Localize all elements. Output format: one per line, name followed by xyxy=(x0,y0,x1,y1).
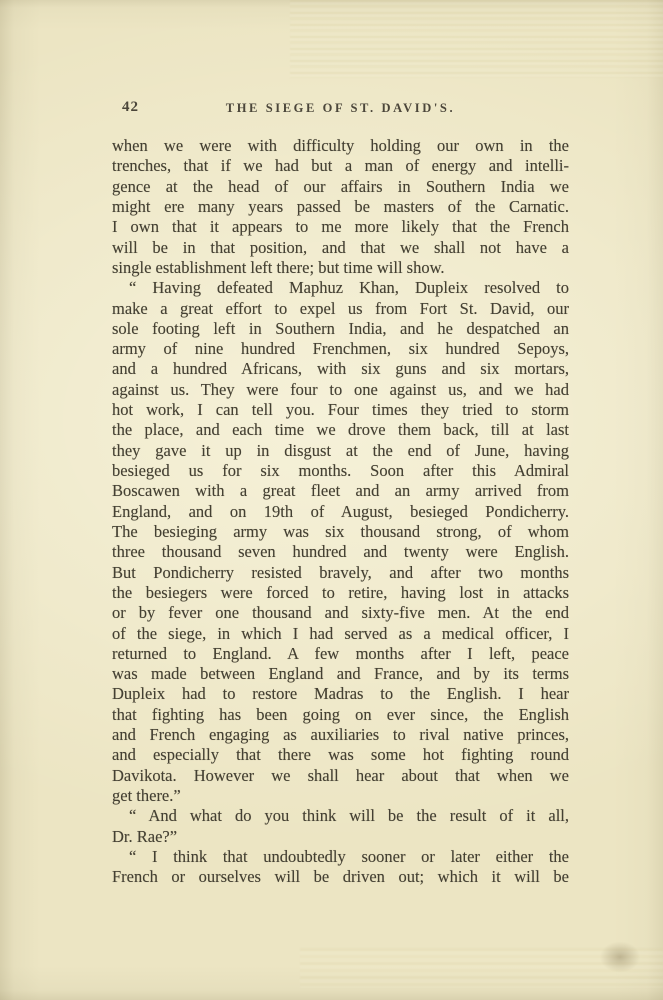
text-line: was made between England and France, and… xyxy=(112,664,569,684)
text-line: and especially that there was some hot f… xyxy=(112,745,569,765)
text-line: against us. They were four to one agains… xyxy=(112,380,569,400)
text-line: trenches, that if we had but a man of en… xyxy=(112,156,569,176)
scan-smudge-artifact xyxy=(598,940,642,974)
text-line: The besieging army was six thousand stro… xyxy=(112,522,569,542)
text-line: “ And what do you think will be the resu… xyxy=(112,806,569,826)
text-line: they gave it up in disgust at the end of… xyxy=(112,441,569,461)
text-line: army of nine hundred Frenchmen, six hund… xyxy=(112,339,569,359)
text-line: Dupleix had to restore Madras to the Eng… xyxy=(112,684,569,704)
scan-streak-artifact-top xyxy=(290,0,663,78)
text-line: Dr. Rae?” xyxy=(112,827,569,847)
text-line: besieged us for six months. Soon after t… xyxy=(112,461,569,481)
text-line: England, and on 19th of August, besieged… xyxy=(112,502,569,522)
text-line: I own that it appears to me more likely … xyxy=(112,217,569,237)
text-line: But Pondicherry resisted bravely, and af… xyxy=(112,563,569,583)
text-line: single establishment left there; but tim… xyxy=(112,258,569,278)
scanned-book-page: { "colors": { "paper": "#ece5c3", "ink":… xyxy=(0,0,663,1000)
text-line: three thousand seven hundred and twenty … xyxy=(112,542,569,562)
text-line: when we were with difficulty holding our… xyxy=(112,136,569,156)
text-line: might ere many years passed be masters o… xyxy=(112,197,569,217)
text-line: returned to England. A few months after … xyxy=(112,644,569,664)
text-line: and a hundred Africans, with six guns an… xyxy=(112,359,569,379)
text-line: and French engaging as auxiliaries to ri… xyxy=(112,725,569,745)
text-line: the place, and each time we drove them b… xyxy=(112,420,569,440)
page-text: when we were with difficulty holding our… xyxy=(112,136,569,888)
text-line: make a great effort to expel us from For… xyxy=(112,299,569,319)
text-line: get there.” xyxy=(112,786,569,806)
text-line: the besiegers were forced to retire, hav… xyxy=(112,583,569,603)
text-line: “ I think that undoubtedly sooner or lat… xyxy=(112,847,569,867)
running-header-title: THE SIEGE OF ST. DAVID'S. xyxy=(112,101,569,116)
text-line: of the siege, in which I had served as a… xyxy=(112,624,569,644)
text-line: will be in that position, and that we sh… xyxy=(112,238,569,258)
text-line: or by fever one thousand and sixty-five … xyxy=(112,603,569,623)
text-line: “ Having defeated Maphuz Khan, Dupleix r… xyxy=(112,278,569,298)
text-line: gence at the head of our affairs in Sout… xyxy=(112,177,569,197)
text-line: hot work, I can tell you. Four times the… xyxy=(112,400,569,420)
running-head: 42 THE SIEGE OF ST. DAVID'S. xyxy=(112,99,569,119)
text-line: sole footing left in Southern India, and… xyxy=(112,319,569,339)
text-line: French or ourselves will be driven out; … xyxy=(112,867,569,887)
text-line: that fighting has been going on ever sin… xyxy=(112,705,569,725)
text-line: Davikota. However we shall hear about th… xyxy=(112,766,569,786)
text-line: Boscawen with a great fleet and an army … xyxy=(112,481,569,501)
